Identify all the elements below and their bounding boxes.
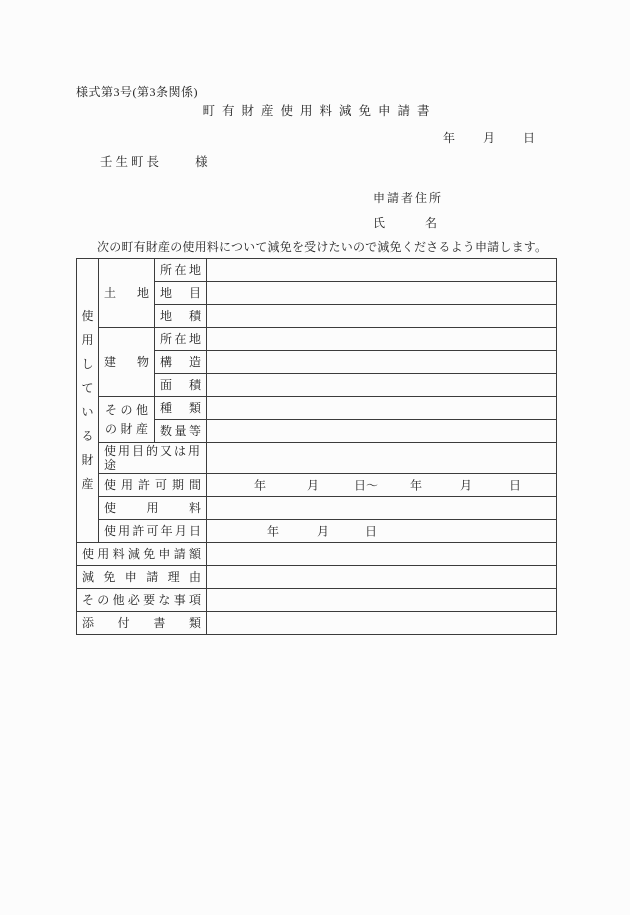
other-necessary-value bbox=[207, 589, 557, 612]
other-kind-label: 種類 bbox=[155, 397, 207, 420]
group-header-vertical-label: 使 用 し て い る 財 産 bbox=[77, 260, 98, 542]
date-line: 年 月 日 bbox=[443, 131, 535, 145]
land-label-cell: 土地 bbox=[99, 259, 155, 328]
group-char: 用 bbox=[81, 334, 93, 346]
building-area-label: 面積 bbox=[155, 374, 207, 397]
period-start-day-label: 日～ bbox=[354, 477, 378, 494]
permission-period-value: 年 月 日～ 年 月 日 bbox=[207, 474, 557, 497]
building-area-value bbox=[207, 374, 557, 397]
land-area-value bbox=[207, 305, 557, 328]
other-property-label-line2: の財産 bbox=[99, 420, 154, 439]
land-category-value bbox=[207, 282, 557, 305]
building-label-cell: 建物 bbox=[99, 328, 155, 397]
date-month-label: 月 bbox=[483, 131, 495, 145]
other-property-label-cell: その他 の財産 bbox=[99, 397, 155, 443]
reduction-reason-value bbox=[207, 566, 557, 589]
reduction-amount-value bbox=[207, 543, 557, 566]
attachments-value bbox=[207, 612, 557, 635]
table-row: 使 用 し て い る 財 産 土地 所在地 bbox=[77, 259, 557, 282]
group-char: る bbox=[81, 430, 93, 442]
applicant-name-label: 氏名 bbox=[373, 216, 437, 230]
table-row: 添付書類 bbox=[77, 612, 557, 635]
period-end-month-label: 月 bbox=[460, 477, 472, 494]
document-page: 様式第3号(第3条関係) 町有財産使用料減免申請書 年 月 日 壬生町長 様 申… bbox=[0, 0, 630, 915]
addressee-honorific: 様 bbox=[195, 155, 208, 169]
usage-fee-label: 使用料 bbox=[99, 497, 207, 520]
group-header-cell: 使 用 し て い る 財 産 bbox=[77, 259, 99, 543]
date-year-label: 年 bbox=[443, 131, 455, 145]
other-property-label-line1: その他 bbox=[99, 401, 154, 420]
table-row: 使用目的又は用途 bbox=[77, 443, 557, 474]
building-location-value bbox=[207, 328, 557, 351]
building-location-label: 所在地 bbox=[155, 328, 207, 351]
table-row: 建物 所在地 bbox=[77, 328, 557, 351]
table-row: その他必要な事項 bbox=[77, 589, 557, 612]
reduction-amount-label: 使用料減免申請額 bbox=[77, 543, 207, 566]
table-row: その他 の財産 種類 bbox=[77, 397, 557, 420]
group-char: し bbox=[81, 358, 93, 370]
other-necessary-label: その他必要な事項 bbox=[77, 589, 207, 612]
addressee-name: 壬生町長 bbox=[100, 155, 162, 169]
addressee-line: 壬生町長 様 bbox=[100, 155, 208, 169]
permit-month-label: 月 bbox=[317, 523, 329, 540]
group-char: い bbox=[81, 406, 93, 418]
permit-year-label: 年 bbox=[267, 523, 279, 540]
period-end-year-label: 年 bbox=[410, 477, 422, 494]
purpose-value bbox=[207, 443, 557, 474]
land-location-label: 所在地 bbox=[155, 259, 207, 282]
permit-date-label: 使用許可年月日 bbox=[99, 520, 207, 543]
page-title: 町有財産使用料減免申請書 bbox=[76, 104, 556, 118]
attachments-label: 添付書類 bbox=[77, 612, 207, 635]
table-row: 使用許可年月日 年 月 日 bbox=[77, 520, 557, 543]
applicant-address-label: 申請者住所 bbox=[373, 191, 443, 205]
date-day-label: 日 bbox=[523, 131, 535, 145]
table-row: 減免申請理由 bbox=[77, 566, 557, 589]
usage-fee-value bbox=[207, 497, 557, 520]
period-end-day-label: 日 bbox=[509, 477, 521, 494]
other-kind-value bbox=[207, 397, 557, 420]
group-char: て bbox=[81, 382, 93, 394]
building-structure-value bbox=[207, 351, 557, 374]
statement-text: 次の町有財産の使用料について減免を受けたいので減免くださるよう申請します。 bbox=[97, 240, 547, 254]
permit-date-value: 年 月 日 bbox=[207, 520, 557, 543]
land-area-label: 地積 bbox=[155, 305, 207, 328]
land-category-label: 地目 bbox=[155, 282, 207, 305]
table-row: 使用料減免申請額 bbox=[77, 543, 557, 566]
other-quantity-label: 数量等 bbox=[155, 420, 207, 443]
group-char: 産 bbox=[81, 478, 93, 490]
table-row: 使用許可期間 年 月 日～ 年 月 日 bbox=[77, 474, 557, 497]
form-number: 様式第3号(第3条関係) bbox=[76, 85, 198, 99]
building-structure-label: 構造 bbox=[155, 351, 207, 374]
period-start-month-label: 月 bbox=[307, 477, 319, 494]
table-row: 使用料 bbox=[77, 497, 557, 520]
period-start-year-label: 年 bbox=[254, 477, 266, 494]
other-quantity-value bbox=[207, 420, 557, 443]
reduction-reason-label: 減免申請理由 bbox=[77, 566, 207, 589]
permission-period-label: 使用許可期間 bbox=[99, 474, 207, 497]
group-char: 使 bbox=[81, 310, 93, 322]
land-location-value bbox=[207, 259, 557, 282]
group-char: 財 bbox=[81, 454, 93, 466]
purpose-label: 使用目的又は用途 bbox=[99, 443, 207, 474]
permit-day-label: 日 bbox=[365, 523, 377, 540]
form-table: 使 用 し て い る 財 産 土地 所在地 地目 bbox=[76, 258, 557, 635]
